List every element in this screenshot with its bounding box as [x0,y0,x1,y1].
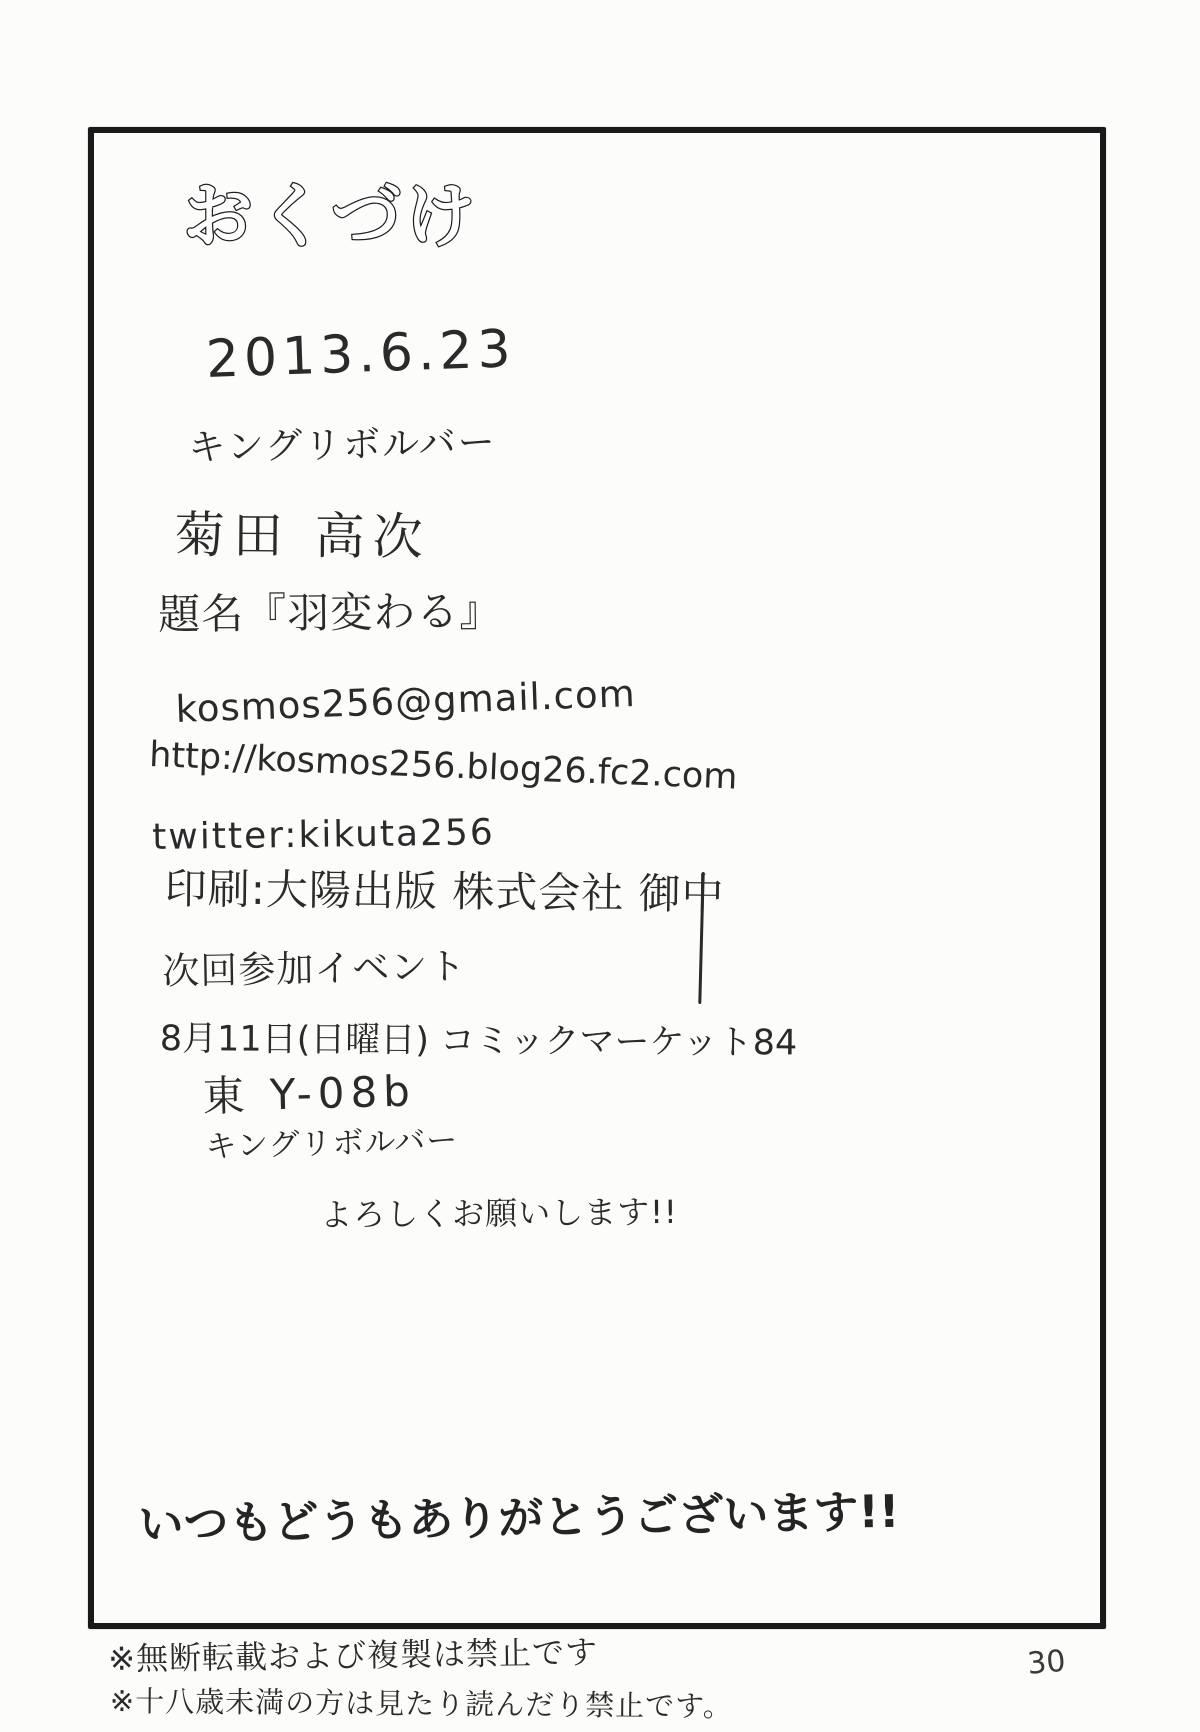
circle-name-repeat: キングリボルバー [205,1123,459,1164]
printer-credit: 印刷:大陽出版 株式会社 御中 [165,866,725,918]
page-number: 30 [1026,1645,1067,1681]
booth-number: 東 Y-08b [202,1068,416,1120]
publication-date: 2013.6.23 [205,321,516,389]
author-name: 菊田 高次 [175,508,431,565]
work-title-line: 題名『羽変わる』 [158,588,502,638]
next-event-date: 8月11日(日曜日) コミックマーケット84 [160,1020,798,1063]
notice-age-restriction: ※十八歳未満の方は見たり読んだり禁止です。 [110,1686,733,1723]
closing-request: よろしくお願いします!! [320,1195,678,1233]
circle-name: キングリボルバー [188,423,497,469]
next-event-heading: 次回参加イベント [162,947,467,993]
twitter-handle: twitter:kikuta256 [152,813,495,857]
notice-no-reprint: ※無断転載および複製は禁止です [108,1635,598,1677]
page-title: おくづけ [183,175,479,257]
page-title-lettering: おくづけ [175,156,505,271]
scanned-colophon-page: おくづけ 2013.6.23 キングリボルバー 菊田 高次 題名『羽変わる』 k… [0,0,1200,1732]
